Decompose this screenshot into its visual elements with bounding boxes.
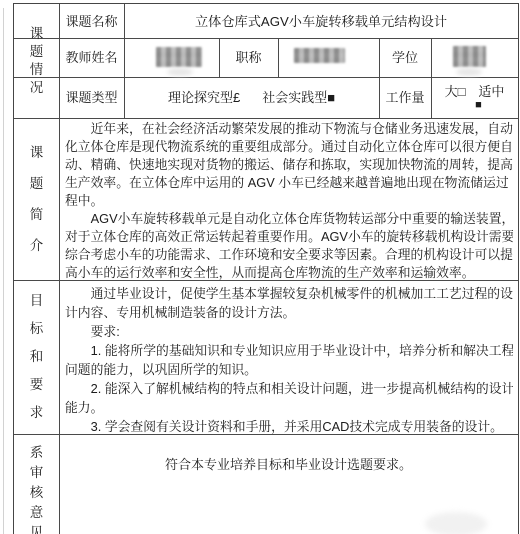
redaction-smudge (456, 68, 482, 76)
scan-watermark-blob (425, 512, 487, 534)
column-divider (278, 38, 279, 77)
workload-option-big-checkbox: 大□ (445, 84, 466, 99)
intro-line: AGV小车旋转移载单元是自动化立体仓库货物转运部分中重要的输送装置， (65, 210, 513, 228)
project-intro-text: 近年来，在社会经济活动繁荣发展的推动下物流与仓储业务迅速发展，自动 化立体仓库是… (59, 118, 518, 280)
goals-line: 3. 学会查阅有关设计资料和手册，并采用CAD技术完成专用装备的设计。 (65, 417, 513, 436)
redacted-degree (453, 46, 486, 67)
project-title-value: 立体仓库式AGV小车旋转移载单元结构设计 (124, 4, 518, 38)
job-title-label: 职称 (219, 38, 278, 77)
side-label-department-review: 系 审 核 意 见 (14, 434, 59, 534)
workload-options: 大□ 适中 ■ (431, 77, 518, 118)
goals-line: 问题的能力，以巩固所学的知识。 (65, 360, 513, 379)
intro-line: 动、精确、快速地实现对货物的搬运、储存和拣取，实现加快物流的周转，提高 (65, 156, 513, 174)
goals-line: 通过毕业设计，促使学生基本掌握较复杂机械零件的机械加工工艺过程的设 (65, 284, 513, 303)
redacted-job-title (294, 48, 345, 63)
project-type-label: 课题类型 (59, 77, 124, 118)
intro-line: 综合考虑小车的功能需求、工作环境和安全要求等因素。合理的机构设计可以提 (65, 246, 513, 264)
redaction-smudge (167, 68, 193, 76)
degree-label: 学位 (379, 38, 431, 77)
goals-requirements-text: 通过毕业设计，促使学生基本掌握较复杂机械零件的机械加工工艺过程的设 计内容、专用… (59, 280, 518, 434)
workload-option-medium: 适中 (478, 84, 504, 99)
goals-line: 2. 能深入了解机械结构的特点和相关设计问题，进一步提高机械结构的设计 (65, 379, 513, 398)
intro-line: 近年来，在社会经济活动繁荣发展的推动下物流与仓储业务迅速发展，自动 (65, 120, 513, 138)
proposal-form-table: 课 题 情 况 课题名称 立体仓库式AGV小车旋转移载单元结构设计 教师姓名 职… (13, 3, 519, 534)
workload-medium-checked-mark: ■ (475, 99, 482, 112)
workload-label: 工作量 (379, 77, 431, 118)
intro-line: 生产效率。在立体仓库中运用的 AGV 小车已经越来越普遍地出现在物流储运过 (65, 174, 513, 192)
intro-line: 化立体仓库是现代物流系统的重要组成部分。通过自动化立体仓库可以很方便自 (65, 138, 513, 156)
scan-page-edge (3, 8, 4, 534)
project-type-options: 理论探究型£ 社会实践型■ (124, 77, 379, 118)
goals-line: 计内容、专用机械制造装备的设计方法。 (65, 303, 513, 322)
type-option-theory: 理论探究型£ (168, 89, 240, 106)
teacher-name-label: 教师姓名 (59, 38, 124, 77)
document-page: 课 题 情 况 课题名称 立体仓库式AGV小车旋转移载单元结构设计 教师姓名 职… (0, 0, 520, 534)
goals-line: 1. 能将所学的基础知识和专业知识应用于毕业设计中，培养分析和解决工程 (65, 341, 513, 360)
intro-line: 对于立体仓库的高效正常运转起着重要作用。AGV小车的旋转移载机构设计需要 (65, 228, 513, 246)
project-title-label: 课题名称 (59, 4, 124, 38)
side-label-project-info: 课 题 情 况 (14, 4, 59, 118)
intro-line: 程中。 (65, 192, 513, 210)
side-label-project-intro: 课 题 简 介 (14, 118, 59, 280)
goals-line: 能力。 (65, 398, 513, 417)
type-option-practice-checked: 社会实践型■ (262, 89, 335, 106)
goals-line: 要求: (65, 322, 513, 341)
side-label-goals-requirements: 目 标 和 要 求 (14, 280, 59, 434)
department-review-text: 符合本专业培养目标和毕业设计选题要求。 (59, 454, 518, 473)
redacted-teacher-name (156, 47, 202, 67)
